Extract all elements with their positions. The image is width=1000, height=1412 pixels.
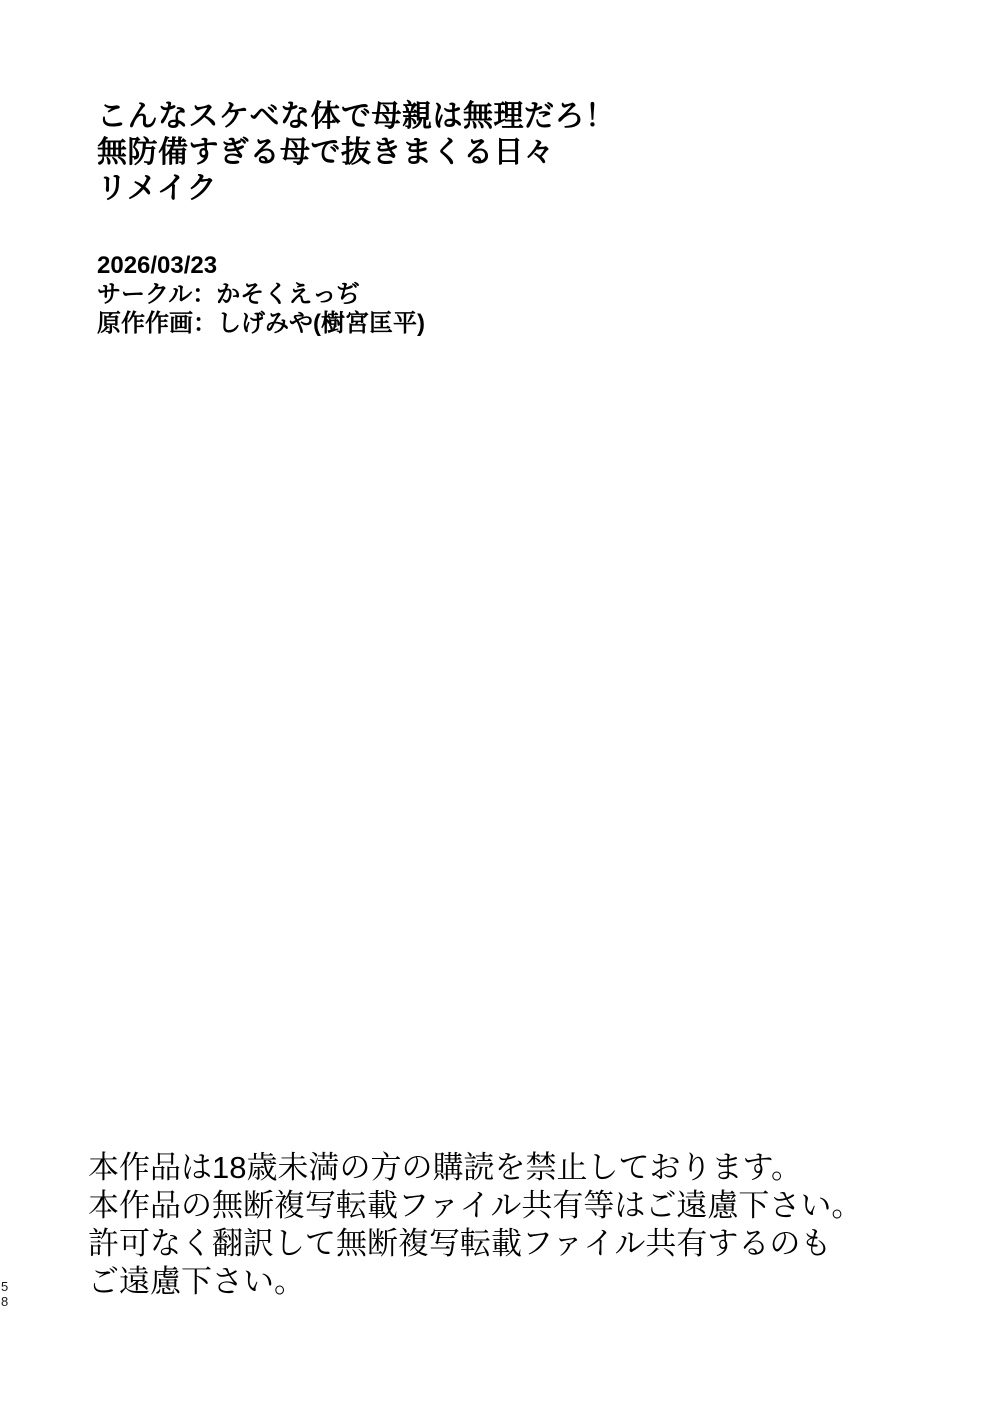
title-line-1: こんなスケベな体で母親は無理だろ！ [97, 99, 616, 135]
release-date: 2026/03/23 [97, 251, 425, 280]
title-block: こんなスケベな体で母親は無理だろ！ 無防備すぎる母で抜きまくる日々 リメイク [97, 99, 616, 207]
disclaimer-line-1: 本作品は18歳未満の方の購読を禁止しております。 [88, 1149, 862, 1187]
disclaimer-line-2: 本作品の無断複写転載ファイル共有等はご遠慮下さい。 [88, 1187, 862, 1225]
colophon-page: こんなスケベな体で母親は無理だろ！ 無防備すぎる母で抜きまくる日々 リメイク 2… [0, 0, 1000, 1412]
disclaimer-block: 本作品は18歳未満の方の購読を禁止しております。 本作品の無断複写転載ファイル共… [88, 1149, 862, 1301]
title-line-2: 無防備すぎる母で抜きまくる日々 [97, 135, 616, 171]
circle-name: サークル：かそくえっぢ [97, 280, 425, 309]
artist-credit: 原作作画：しげみや(樹宮匡平) [97, 309, 425, 338]
disclaimer-line-4: ご遠慮下さい。 [88, 1263, 862, 1301]
title-line-3: リメイク [97, 171, 616, 207]
page-number: 5 8 [1, 1279, 8, 1309]
disclaimer-line-3: 許可なく翻訳して無断複写転載ファイル共有するのも [88, 1225, 862, 1263]
release-info-block: 2026/03/23 サークル：かそくえっぢ 原作作画：しげみや(樹宮匡平) [97, 251, 425, 338]
